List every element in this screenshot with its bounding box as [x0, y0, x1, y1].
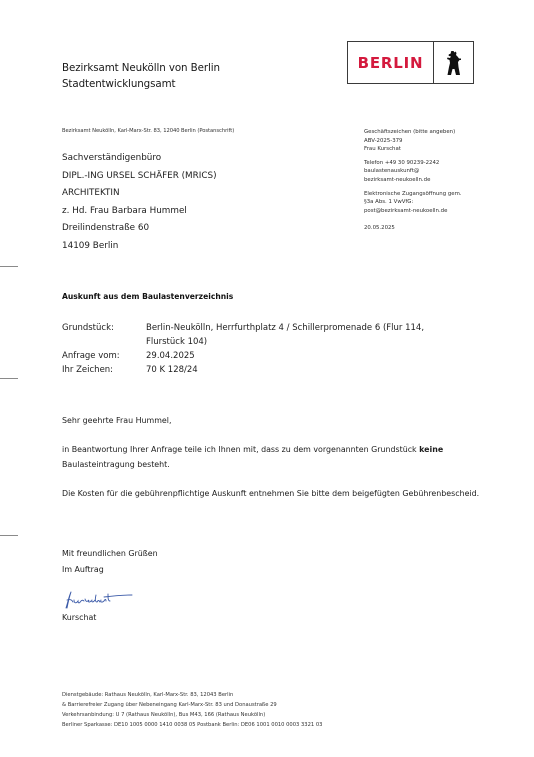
recipient-line: Sachverständigenbüro [62, 150, 217, 168]
paragraph-text: Baulasteintragung besteht. [62, 460, 170, 469]
closing: Mit freundlichen Grüßen Im Auftrag [62, 546, 158, 578]
letter-date: 20.05.2025 [364, 224, 462, 233]
detail-label: Grundstück: [62, 321, 146, 349]
authority-name: Bezirksamt Neukölln von Berlin [62, 60, 220, 76]
recipient-address: Sachverständigenbüro DIPL.-ING URSEL SCH… [62, 150, 217, 255]
footer-line: Verkehrsanbindung: U 7 (Rathaus Neukölln… [62, 710, 322, 720]
phone-number: Telefon +49 30 90239-2242 [364, 159, 462, 168]
reference-label: Geschäftszeichen (bitte angeben) [364, 128, 462, 137]
electronic-access-email[interactable]: post@bezirksamt-neukoelln.de [364, 207, 462, 216]
letter-footer: Dienstgebäude: Rathaus Neukölln, Karl-Ma… [62, 690, 322, 730]
recipient-line: Dreilindenstraße 60 [62, 220, 217, 238]
detail-value: Berlin-Neukölln, Herrfurthplatz 4 / Schi… [146, 321, 446, 349]
detail-row: Anfrage vom: 29.04.2025 [62, 349, 446, 363]
request-details: Grundstück: Berlin-Neukölln, Herrfurthpl… [62, 321, 446, 377]
recipient-line: ARCHITEKTIN [62, 185, 217, 203]
recipient-line: DIPL.-ING URSEL SCHÄFER (MRICS) [62, 168, 217, 186]
detail-row: Grundstück: Berlin-Neukölln, Herrfurthpl… [62, 321, 446, 349]
contact-email-line2[interactable]: bezirksamt-neukoelln.de [364, 176, 462, 185]
detail-label: Anfrage vom: [62, 349, 146, 363]
contact-email-line1[interactable]: baulastenauskunft@ [364, 167, 462, 176]
footer-line: Berliner Sparkasse: DE10 1005 0000 1410 … [62, 720, 322, 730]
footer-line: Dienstgebäude: Rathaus Neukölln, Karl-Ma… [62, 690, 322, 700]
closing-greeting: Mit freundlichen Grüßen [62, 546, 158, 562]
body-paragraph: in Beantwortung Ihrer Anfrage teile ich … [62, 443, 492, 472]
reference-number: ABV-2025-379 [364, 137, 462, 146]
detail-value: 29.04.2025 [146, 349, 446, 363]
fold-mark [0, 266, 18, 267]
berlin-logo: BERLIN [347, 41, 474, 84]
logo-wordmark: BERLIN [348, 42, 434, 83]
letter-subject: Auskunft aus dem Baulastenverzeichnis [62, 292, 233, 301]
emphasis-text: keine [419, 445, 443, 454]
letter-body: Sehr geehrte Frau Hummel, in Beantwortun… [62, 414, 492, 516]
closing-authority: Im Auftrag [62, 562, 158, 578]
signer-name: Kurschat [62, 613, 96, 622]
detail-row: Ihr Zeichen: 70 K 128/24 [62, 363, 446, 377]
department-name: Stadtentwicklungsamt [62, 76, 220, 92]
body-paragraph: Die Kosten für die gebührenpflichtige Au… [62, 487, 492, 502]
recipient-line: 14109 Berlin [62, 238, 217, 256]
footer-line: & Barrierefreier Zugang über Nebeneingan… [62, 700, 322, 710]
paragraph-text: in Beantwortung Ihrer Anfrage teile ich … [62, 445, 419, 454]
berlin-bear-icon [434, 42, 473, 83]
reference-info: Geschäftszeichen (bitte angeben) ABV-202… [364, 128, 462, 233]
electronic-access-label: Elektronische Zugangsöffnung gem. [364, 190, 462, 199]
punch-mark [0, 378, 18, 379]
detail-label: Ihr Zeichen: [62, 363, 146, 377]
detail-value: 70 K 128/24 [146, 363, 446, 377]
recipient-line: z. Hd. Frau Barbara Hummel [62, 203, 217, 221]
fold-mark [0, 535, 18, 536]
return-address: Bezirksamt Neukölln, Karl-Marx-Str. 83, … [62, 128, 234, 134]
issuing-authority: Bezirksamt Neukölln von Berlin Stadtentw… [62, 60, 220, 92]
contact-person: Frau Kurschat [364, 145, 462, 154]
electronic-access-law: §3a Abs. 1 VwVfG: [364, 198, 462, 207]
handwritten-signature [60, 588, 135, 612]
salutation: Sehr geehrte Frau Hummel, [62, 414, 492, 429]
